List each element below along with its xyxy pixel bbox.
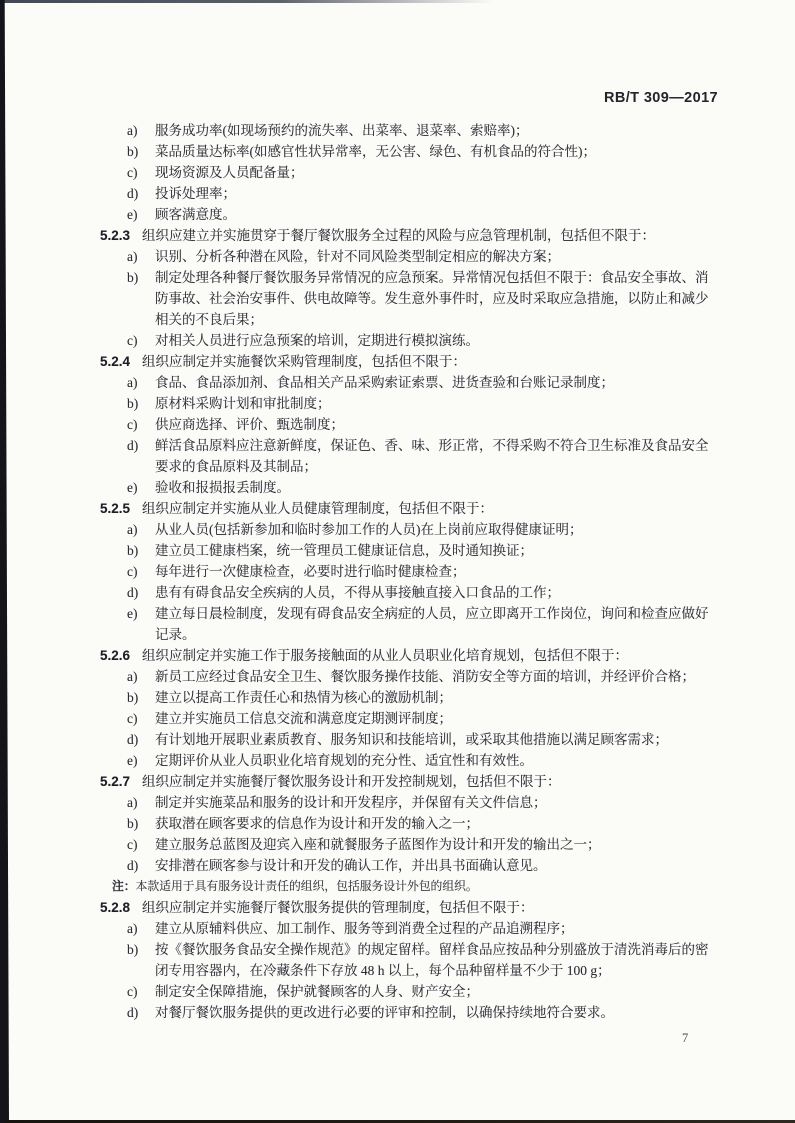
list-item-text: 识别、分析各种潜在风险，针对不同风险类型制定相应的解决方案；	[155, 246, 718, 267]
list-item: a) 识别、分析各种潜在风险，针对不同风险类型制定相应的解决方案；	[100, 246, 718, 267]
list-item-label: c)	[127, 561, 155, 582]
list-item: d) 鲜活食品原料应注意新鲜度，保证色、香、味、形正常，不得采购不符合卫生标准及…	[100, 435, 718, 477]
list-item-text: 每年进行一次健康检查，必要时进行临时健康检查；	[155, 561, 718, 582]
list-item: a) 服务成功率(如现场预约的流失率、出菜率、退菜率、索赔率)；	[100, 120, 718, 141]
list-item-text: 现场资源及人员配备量；	[155, 162, 718, 183]
list-item-text: 建立每日晨检制度，发现有碍食品安全病症的人员，应立即离开工作岗位，询问和检查应做…	[155, 603, 718, 645]
list-item-text: 服务成功率(如现场预约的流失率、出菜率、退菜率、索赔率)；	[155, 120, 718, 141]
list-item-text: 制定处理各种餐厅餐饮服务异常情况的应急预案。异常情况包括但不限于：食品安全事故、…	[155, 267, 718, 330]
list-item-label: c)	[127, 414, 155, 435]
list-item-label: a)	[127, 519, 155, 540]
list-item-text: 鲜活食品原料应注意新鲜度，保证色、香、味、形正常，不得采购不符合卫生标准及食品安…	[155, 435, 718, 477]
list-item-text: 制定安全保障措施，保护就餐顾客的人身、财产安全；	[155, 981, 718, 1002]
list-item-text: 建立员工健康档案，统一管理员工健康证信息，及时通知换证；	[155, 540, 718, 561]
list-item: a) 食品、食品添加剂、食品相关产品采购索证索票、进货查验和台账记录制度；	[100, 372, 718, 393]
clause-text: 组织应制定并实施餐厅餐饮服务设计和开发控制规划，包括但不限于：	[142, 771, 718, 792]
list-item-text: 制定并实施菜品和服务的设计和开发程序，并保留有关文件信息；	[155, 792, 718, 813]
list-item: c) 每年进行一次健康检查，必要时进行临时健康检查；	[100, 561, 718, 582]
list-item: d) 患有有碍食品安全疾病的人员，不得从事接触直接入口食品的工作；	[100, 582, 718, 603]
list-item: c) 对相关人员进行应急预案的培训，定期进行模拟演练。	[100, 330, 718, 351]
scanned-page: RB/T 309—2017 a) 服务成功率(如现场预约的流失率、出菜率、退菜率…	[0, 0, 795, 1123]
scan-edge-left	[0, 0, 9, 1123]
clause-number: 5.2.3	[100, 225, 142, 246]
list-item: b) 按《餐饮服务食品安全操作规范》的规定留样。留样食品应按品种分别盛放于清洗消…	[100, 939, 718, 981]
clause-heading: 5.2.3 组织应建立并实施贯穿于餐厅餐饮服务全过程的风险与应急管理机制，包括但…	[100, 225, 718, 246]
list-item: d) 有计划地开展职业素质教育、服务知识和技能培训，或采取其他措施以满足顾客需求…	[100, 729, 718, 750]
list-item: d) 安排潜在顾客参与设计和开发的确认工作，并出具书面确认意见。	[100, 855, 718, 876]
scan-edge-top	[0, 0, 795, 3]
list-item: c) 现场资源及人员配备量；	[100, 162, 718, 183]
list-item-text: 菜品质量达标率(如感官性状异常率，无公害、绿色、有机食品的符合性)；	[155, 141, 718, 162]
list-item-text: 患有有碍食品安全疾病的人员，不得从事接触直接入口食品的工作；	[155, 582, 718, 603]
list-item-label: a)	[127, 120, 155, 141]
clause-text: 组织应建立并实施贯穿于餐厅餐饮服务全过程的风险与应急管理机制，包括但不限于：	[142, 225, 718, 246]
note-text: 本款适用于具有服务设计责任的组织，包括服务设计外包的组织。	[136, 876, 718, 897]
list-item-label: b)	[127, 813, 155, 834]
clause-number: 5.2.7	[100, 771, 142, 792]
list-item-label: c)	[127, 708, 155, 729]
list-item-label: e)	[127, 750, 155, 771]
list-item-label: b)	[127, 687, 155, 708]
list-item-text: 建立以提高工作责任心和热情为核心的激励机制；	[155, 687, 718, 708]
list-item: d) 投诉处理率；	[100, 183, 718, 204]
list-item: b) 建立员工健康档案，统一管理员工健康证信息，及时通知换证；	[100, 540, 718, 561]
list-item-label: c)	[127, 834, 155, 855]
clause-heading: 5.2.7 组织应制定并实施餐厅餐饮服务设计和开发控制规划，包括但不限于：	[100, 771, 718, 792]
list-item-label: a)	[127, 246, 155, 267]
clause-text: 组织应制定并实施从业人员健康管理制度，包括但不限于：	[142, 498, 718, 519]
page-number: 7	[682, 1031, 688, 1046]
list-item-label: e)	[127, 204, 155, 225]
clause-note: 注： 本款适用于具有服务设计责任的组织，包括服务设计外包的组织。	[100, 876, 718, 897]
list-item-text: 安排潜在顾客参与设计和开发的确认工作，并出具书面确认意见。	[155, 855, 718, 876]
list-item-text: 新员工应经过食品安全卫生、餐饮服务操作技能、消防安全等方面的培训，并经评价合格；	[155, 666, 718, 687]
list-item-text: 食品、食品添加剂、食品相关产品采购索证索票、进货查验和台账记录制度；	[155, 372, 718, 393]
list-item-text: 对餐厅餐饮服务提供的更改进行必要的评审和控制，以确保持续地符合要求。	[155, 1002, 718, 1023]
list-item: c) 制定安全保障措施，保护就餐顾客的人身、财产安全；	[100, 981, 718, 1002]
list-item: b) 菜品质量达标率(如感官性状异常率，无公害、绿色、有机食品的符合性)；	[100, 141, 718, 162]
list-item-label: e)	[127, 477, 155, 498]
document-body: a) 服务成功率(如现场预约的流失率、出菜率、退菜率、索赔率)； b) 菜品质量…	[100, 120, 718, 1023]
list-item-text: 原材料采购计划和审批制度；	[155, 393, 718, 414]
list-item-label: b)	[127, 267, 155, 288]
list-item-label: a)	[127, 666, 155, 687]
list-item-text: 从业人员(包括新参加和临时参加工作的人员)在上岗前应取得健康证明；	[155, 519, 718, 540]
list-item: b) 制定处理各种餐厅餐饮服务异常情况的应急预案。异常情况包括但不限于：食品安全…	[100, 267, 718, 330]
list-item-label: b)	[127, 540, 155, 561]
list-item: a) 制定并实施菜品和服务的设计和开发程序，并保留有关文件信息；	[100, 792, 718, 813]
list-item-label: b)	[127, 939, 155, 960]
list-item: e) 验收和报损报丢制度。	[100, 477, 718, 498]
clause-heading: 5.2.6 组织应制定并实施工作于服务接触面的从业人员职业化培育规划，包括但不限…	[100, 645, 718, 666]
clause-number: 5.2.4	[100, 351, 142, 372]
list-item-label: d)	[127, 855, 155, 876]
list-item: e) 建立每日晨检制度，发现有碍食品安全病症的人员，应立即离开工作岗位，询问和检…	[100, 603, 718, 645]
list-item-label: a)	[127, 918, 155, 939]
clause-text: 组织应制定并实施餐厅餐饮服务提供的管理制度，包括但不限于：	[142, 897, 718, 918]
list-item: d) 对餐厅餐饮服务提供的更改进行必要的评审和控制，以确保持续地符合要求。	[100, 1002, 718, 1023]
list-item-label: d)	[127, 729, 155, 750]
list-item: a) 从业人员(包括新参加和临时参加工作的人员)在上岗前应取得健康证明；	[100, 519, 718, 540]
list-item-label: d)	[127, 183, 155, 204]
clause-heading: 5.2.5 组织应制定并实施从业人员健康管理制度，包括但不限于：	[100, 498, 718, 519]
list-item-text: 投诉处理率；	[155, 183, 718, 204]
clause-heading: 5.2.4 组织应制定并实施餐饮采购管理制度，包括但不限于：	[100, 351, 718, 372]
list-item: a) 新员工应经过食品安全卫生、餐饮服务操作技能、消防安全等方面的培训，并经评价…	[100, 666, 718, 687]
standard-code: RB/T 309—2017	[604, 90, 718, 106]
list-item-label: b)	[127, 141, 155, 162]
list-item-label: d)	[127, 1002, 155, 1023]
list-item-text: 建立并实施员工信息交流和满意度定期测评制度；	[155, 708, 718, 729]
clause-text: 组织应制定并实施工作于服务接触面的从业人员职业化培育规划，包括但不限于：	[142, 645, 718, 666]
clause-heading: 5.2.8 组织应制定并实施餐厅餐饮服务提供的管理制度，包括但不限于：	[100, 897, 718, 918]
list-item-label: d)	[127, 435, 155, 456]
list-item-text: 按《餐饮服务食品安全操作规范》的规定留样。留样食品应按品种分别盛放于清洗消毒后的…	[155, 939, 718, 981]
clause-number: 5.2.6	[100, 645, 142, 666]
list-item-text: 有计划地开展职业素质教育、服务知识和技能培训，或采取其他措施以满足顾客需求；	[155, 729, 718, 750]
list-item-label: e)	[127, 603, 155, 624]
list-item: b) 建立以提高工作责任心和热情为核心的激励机制；	[100, 687, 718, 708]
clause-text: 组织应制定并实施餐饮采购管理制度，包括但不限于：	[142, 351, 718, 372]
list-item-text: 顾客满意度。	[155, 204, 718, 225]
note-label: 注：	[112, 876, 136, 897]
list-item-label: c)	[127, 162, 155, 183]
list-item-text: 验收和报损报丢制度。	[155, 477, 718, 498]
list-item: b) 原材料采购计划和审批制度；	[100, 393, 718, 414]
list-item-label: b)	[127, 393, 155, 414]
list-item-label: d)	[127, 582, 155, 603]
list-item: e) 定期评价从业人员职业化培育规划的充分性、适宜性和有效性。	[100, 750, 718, 771]
clause-number: 5.2.8	[100, 897, 142, 918]
list-item-text: 供应商选择、评价、甄选制度；	[155, 414, 718, 435]
list-item: e) 顾客满意度。	[100, 204, 718, 225]
list-item-text: 定期评价从业人员职业化培育规划的充分性、适宜性和有效性。	[155, 750, 718, 771]
list-item: a) 建立从原辅料供应、加工制作、服务等到消费全过程的产品追溯程序；	[100, 918, 718, 939]
list-item-text: 建立从原辅料供应、加工制作、服务等到消费全过程的产品追溯程序；	[155, 918, 718, 939]
list-item-label: a)	[127, 372, 155, 393]
list-item-label: a)	[127, 792, 155, 813]
list-item-text: 获取潜在顾客要求的信息作为设计和开发的输入之一；	[155, 813, 718, 834]
list-item-label: c)	[127, 330, 155, 351]
list-item: c) 供应商选择、评价、甄选制度；	[100, 414, 718, 435]
list-item-label: c)	[127, 981, 155, 1002]
list-item-text: 对相关人员进行应急预案的培训，定期进行模拟演练。	[155, 330, 718, 351]
list-item: c) 建立并实施员工信息交流和满意度定期测评制度；	[100, 708, 718, 729]
list-item: c) 建立服务总蓝图及迎宾入座和就餐服务子蓝图作为设计和开发的输出之一；	[100, 834, 718, 855]
list-item: b) 获取潜在顾客要求的信息作为设计和开发的输入之一；	[100, 813, 718, 834]
list-item-text: 建立服务总蓝图及迎宾入座和就餐服务子蓝图作为设计和开发的输出之一；	[155, 834, 718, 855]
clause-number: 5.2.5	[100, 498, 142, 519]
